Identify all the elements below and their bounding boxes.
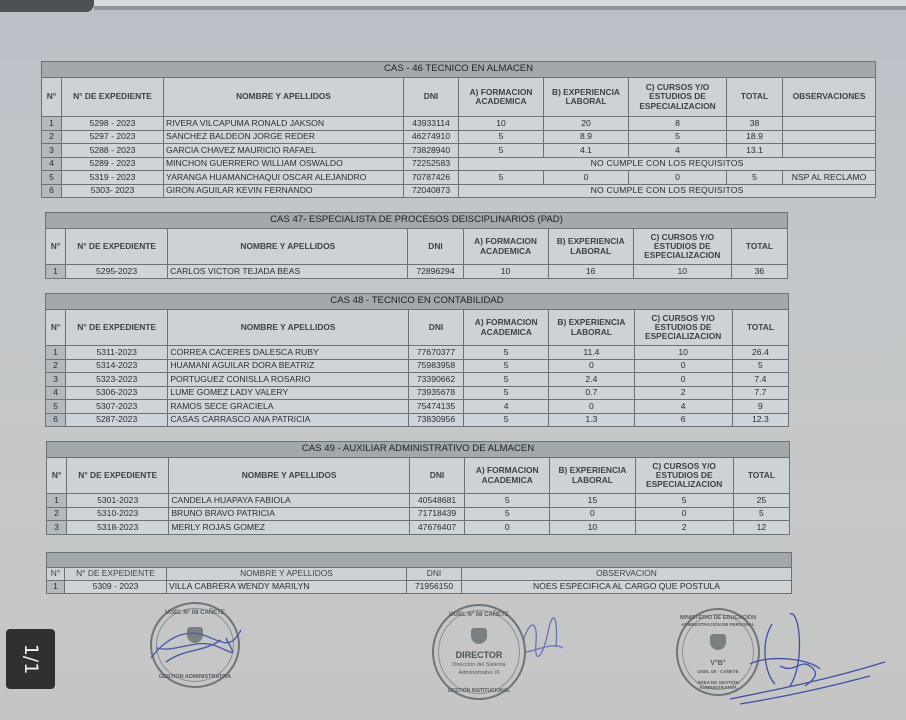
- cell-n: 4: [46, 386, 66, 400]
- cell-total: 9: [732, 400, 788, 414]
- col-header-experiencia: B) EXPERIENCIA LABORAL: [548, 229, 633, 265]
- cell-dni: 70787426: [404, 171, 459, 185]
- col-header-observacion: OBSERVACION: [462, 568, 792, 581]
- stamp-top-text: UGEL N° 08 CAÑETE: [152, 610, 238, 616]
- cell-dni: 43933114: [404, 117, 459, 131]
- cell-nombre: RAMOS SECE GRACIELA: [168, 400, 409, 414]
- cell-nombre: SANCHEZ BALDEON JORGE REDER: [164, 130, 404, 144]
- table-row: 45289 - 2023MINCHON GUERRERO WILLIAM OSW…: [42, 157, 876, 171]
- cell-cursos: 5: [635, 494, 733, 508]
- cell-dni: 73828940: [404, 144, 459, 158]
- cell-cursos: 2: [635, 521, 733, 535]
- col-header-dni: DNI: [409, 458, 464, 494]
- cell-experiencia: 20: [544, 117, 629, 131]
- viewer-progress-line: [94, 6, 906, 10]
- cell-dni: 71956150: [407, 581, 462, 594]
- cell-dni: 75474135: [408, 400, 463, 414]
- cell-cursos: 0: [634, 373, 732, 387]
- col-header-total: TOTAL: [733, 458, 789, 494]
- table-row: 35288 - 2023GARCIA CHAVEZ MAURICIO RAFAE…: [42, 144, 876, 158]
- table-row: 65303- 2023GIRON AGUILAR KEVIN FERNANDO7…: [42, 184, 876, 198]
- table-row: 65287-2023CASAS CARRASCO ANA PATRICIA738…: [46, 413, 789, 427]
- cell-nombre: HUAMANI AGUILAR DORA BEATRIZ: [168, 359, 409, 373]
- cell-nombre: BRUNO BRAVO PATRICIA: [169, 507, 410, 521]
- cell-experiencia: 4.1: [544, 144, 629, 158]
- cell-formacion: 5: [459, 130, 544, 144]
- cell-experiencia: 1.3: [549, 413, 634, 427]
- table-row: 45306-2023LUME GOMEZ LADY VALERY73935678…: [46, 386, 789, 400]
- stamp-top-text: UGEL N° 08 CAÑETE: [434, 612, 524, 618]
- cell-n: 5: [46, 400, 66, 414]
- col-header-expediente: N° DE EXPEDIENTE: [66, 229, 168, 265]
- col-header-formacion: A) FORMACION ACADEMICA: [463, 229, 548, 265]
- cell-cursos: 2: [634, 386, 732, 400]
- cell-expediente: 5306-2023: [66, 386, 168, 400]
- col-header-n: N°: [46, 229, 66, 265]
- viewer-top-bar: [0, 0, 906, 9]
- cell-experiencia: 0.7: [549, 386, 634, 400]
- table-title: [47, 553, 792, 568]
- col-header-nombre: NOMBRE Y APELLIDOS: [169, 458, 410, 494]
- cell-formacion: 5: [464, 346, 549, 360]
- cell-formacion: 10: [463, 265, 548, 279]
- page-indicator-text: 1/1: [20, 644, 42, 675]
- cell-formacion: 5: [465, 494, 550, 508]
- cell-formacion: 5: [464, 386, 549, 400]
- cell-expediente: 5297 - 2023: [62, 130, 164, 144]
- col-header-cursos: C) CURSOS Y/O ESTUDIOS DE ESPECIALIZACIO…: [635, 458, 733, 494]
- col-header-cursos: C) CURSOS Y/O ESTUDIOS DE ESPECIALIZACIO…: [633, 229, 731, 265]
- cell-dni: 72252583: [404, 157, 459, 171]
- cell-n: 1: [47, 494, 67, 508]
- cell-observaciones: [783, 130, 876, 144]
- col-header-dni: DNI: [408, 310, 463, 346]
- cell-formacion: 5: [465, 507, 550, 521]
- table-row: 25310-2023BRUNO BRAVO PATRICIA7171843950…: [47, 507, 790, 521]
- cell-cursos: 5: [629, 130, 727, 144]
- cell-expediente: 5310-2023: [67, 507, 169, 521]
- page-indicator[interactable]: 1/1: [6, 629, 55, 689]
- cell-observaciones: [783, 144, 876, 158]
- table-row: 15295-2023CARLOS VICTOR TEJADA BEAS72896…: [46, 265, 788, 279]
- col-header-total: TOTAL: [727, 78, 783, 117]
- col-header-expediente: N° DE EXPEDIENTE: [62, 78, 164, 117]
- cell-expediente: 5301-2023: [67, 494, 169, 508]
- cell-experiencia: 0: [550, 507, 635, 521]
- cell-experiencia: 0: [549, 400, 634, 414]
- cell-cursos: 4: [634, 400, 732, 414]
- col-header-formacion: A) FORMACION ACADEMICA: [465, 458, 550, 494]
- cell-expediente: 5314-2023: [66, 359, 168, 373]
- table-cas-49: CAS 49 - AUXILIAR ADMINISTRATIVO DE ALMA…: [46, 441, 790, 535]
- cell-expediente: 5318-2023: [67, 521, 169, 535]
- cell-expediente: 5287-2023: [66, 413, 168, 427]
- table-cas-47: CAS 47- ESPECIALISTA DE PROCESOS DEISCIP…: [45, 212, 788, 279]
- signature-1: [146, 618, 246, 668]
- col-header-experiencia: B) EXPERIENCIA LABORAL: [549, 310, 634, 346]
- col-header-total: TOTAL: [731, 229, 787, 265]
- cell-experiencia: 2.4: [549, 373, 634, 387]
- cell-n: 1: [47, 581, 65, 594]
- stamp-bottom-text: GESTION ADMINISTRATIVA: [152, 674, 238, 680]
- cell-formacion: 4: [464, 400, 549, 414]
- table-title: CAS 48 - TECNICO EN CONTABILIDAD: [46, 294, 789, 310]
- viewer-toolbar-handle[interactable]: [0, 0, 94, 12]
- cell-dni: 73390662: [408, 373, 463, 387]
- table-row: 55307-2023RAMOS SECE GRACIELA75474135404…: [46, 400, 789, 414]
- col-header-n: N°: [46, 310, 66, 346]
- cell-experiencia: 0: [544, 171, 629, 185]
- stamp-line-2: Administrativo III: [434, 670, 524, 676]
- cell-observaciones: [783, 117, 876, 131]
- col-header-expediente: N° DE EXPEDIENTE: [67, 458, 169, 494]
- col-header-nombre: NOMBRE Y APELLIDOS: [164, 78, 404, 117]
- cell-total: 5: [727, 171, 783, 185]
- table-row: 35323-2023PORTUGUEZ CONISLLA ROSARIO7339…: [46, 373, 789, 387]
- cell-formacion: 5: [459, 144, 544, 158]
- col-header-total: TOTAL: [732, 310, 788, 346]
- col-header-nombre: NOMBRE Y APELLIDOS: [167, 568, 407, 581]
- cell-formacion: 5: [464, 359, 549, 373]
- cell-expediente: 5307-2023: [66, 400, 168, 414]
- cell-cursos: 10: [633, 265, 731, 279]
- cell-dni: 72040873: [404, 184, 459, 198]
- table-title: CAS - 46 TECNICO EN ALMACEN: [42, 62, 876, 78]
- cell-nombre: RIVERA VILCAPUMA RONALD JAKSON: [164, 117, 404, 131]
- signature-3: [720, 604, 890, 708]
- cell-formacion: 0: [465, 521, 550, 535]
- stamp-director: UGEL N° 08 CAÑETE DIRECTOR Dirección del…: [432, 604, 526, 700]
- cell-note: NO CUMPLE CON LOS REQUISITOS: [459, 157, 876, 171]
- cell-nombre: CASAS CARRASCO ANA PATRICIA: [168, 413, 409, 427]
- cell-formacion: 5: [459, 171, 544, 185]
- cell-total: 38: [727, 117, 783, 131]
- cell-n: 1: [46, 346, 66, 360]
- cell-formacion: 5: [464, 373, 549, 387]
- cell-dni: 73935678: [408, 386, 463, 400]
- cell-observacion: NOES ESPECIFICA AL CARGO QUE POSTULA: [462, 581, 792, 594]
- cell-nombre: GARCIA CHAVEZ MAURICIO RAFAEL: [164, 144, 404, 158]
- signature-2: [518, 612, 568, 667]
- cell-n: 4: [42, 157, 62, 171]
- col-header-cursos: C) CURSOS Y/O ESTUDIOS DE ESPECIALIZACIO…: [629, 78, 727, 117]
- col-header-dni: DNI: [408, 229, 463, 265]
- cell-dni: 73830956: [408, 413, 463, 427]
- cell-total: 5: [732, 359, 788, 373]
- cell-nombre: VILLA CABRERA WENDY MARILYN: [167, 581, 407, 594]
- cell-n: 3: [42, 144, 62, 158]
- cell-expediente: 5323-2023: [66, 373, 168, 387]
- cell-dni: 47676407: [409, 521, 464, 535]
- table-row: 25297 - 2023SANCHEZ BALDEON JORGE REDER4…: [42, 130, 876, 144]
- cell-n: 6: [46, 413, 66, 427]
- cell-experiencia: 8.9: [544, 130, 629, 144]
- cell-nombre: MINCHON GUERRERO WILLIAM OSWALDO: [164, 157, 404, 171]
- cell-n: 3: [46, 373, 66, 387]
- table-cas-46: CAS - 46 TECNICO EN ALMACEN N° N° DE EXP…: [41, 61, 876, 198]
- cell-nombre: PORTUGUEZ CONISLLA ROSARIO: [168, 373, 409, 387]
- cell-expediente: 5311-2023: [66, 346, 168, 360]
- cell-note: NO CUMPLE CON LOS REQUISITOS: [459, 184, 876, 198]
- cell-nombre: GIRON AGUILAR KEVIN FERNANDO: [164, 184, 404, 198]
- cell-expediente: 5289 - 2023: [62, 157, 164, 171]
- stamp-line-1: Dirección del Sistema: [434, 662, 524, 668]
- cell-formacion: 10: [459, 117, 544, 131]
- cell-nombre: CORREA CACERES DALESCA RUBY: [168, 346, 409, 360]
- cell-cursos: 0: [629, 171, 727, 185]
- cell-experiencia: 0: [549, 359, 634, 373]
- col-header-n: N°: [47, 568, 65, 581]
- col-header-nombre: NOMBRE Y APELLIDOS: [168, 229, 408, 265]
- cell-n: 5: [42, 171, 62, 185]
- col-header-dni: DNI: [407, 568, 462, 581]
- col-header-cursos: C) CURSOS Y/O ESTUDIOS DE ESPECIALIZACIO…: [634, 310, 732, 346]
- table-row: 15309 - 2023VILLA CABRERA WENDY MARILYN7…: [47, 581, 792, 594]
- cell-formacion: 5: [464, 413, 549, 427]
- cell-dni: 71718439: [409, 507, 464, 521]
- cell-observaciones: NSP AL RECLAMO: [783, 171, 876, 185]
- cell-total: 7.4: [732, 373, 788, 387]
- col-header-expediente: N° DE EXPEDIENTE: [65, 568, 167, 581]
- col-header-dni: DNI: [404, 78, 459, 117]
- cell-n: 2: [42, 130, 62, 144]
- cell-total: 12: [733, 521, 789, 535]
- cell-n: 1: [46, 265, 66, 279]
- cell-n: 3: [47, 521, 67, 535]
- cell-cursos: 0: [634, 359, 732, 373]
- col-header-n: N°: [47, 458, 67, 494]
- cell-n: 2: [46, 359, 66, 373]
- cell-cursos: 0: [635, 507, 733, 521]
- table-title: CAS 49 - AUXILIAR ADMINISTRATIVO DE ALMA…: [47, 442, 790, 458]
- cell-expediente: 5319 - 2023: [62, 171, 164, 185]
- col-header-expediente: N° DE EXPEDIENTE: [66, 310, 168, 346]
- col-header-n: N°: [42, 78, 62, 117]
- cell-cursos: 8: [629, 117, 727, 131]
- table-cas-48: CAS 48 - TECNICO EN CONTABILIDAD N° N° D…: [45, 293, 789, 427]
- cell-total: 18.9: [727, 130, 783, 144]
- cell-nombre: LUME GOMEZ LADY VALERY: [168, 386, 409, 400]
- col-header-formacion: A) FORMACION ACADEMICA: [464, 310, 549, 346]
- cell-cursos: 4: [629, 144, 727, 158]
- cell-total: 7.7: [732, 386, 788, 400]
- cell-total: 5: [733, 507, 789, 521]
- stamp-bottom-text: GESTIÓN INSTITUCIONAL: [434, 688, 524, 694]
- cell-total: 12.3: [732, 413, 788, 427]
- cell-expediente: 5309 - 2023: [65, 581, 167, 594]
- col-header-nombre: NOMBRE Y APELLIDOS: [168, 310, 409, 346]
- cell-dni: 77670377: [408, 346, 463, 360]
- cell-nombre: CANDELA HUAPAYA FABIOLA: [169, 494, 410, 508]
- cell-expediente: 5303- 2023: [62, 184, 164, 198]
- cell-nombre: YARANGA HUAMANCHAQUI OSCAR ALEJANDRO: [164, 171, 404, 185]
- cell-n: 1: [42, 117, 62, 131]
- cell-expediente: 5298 - 2023: [62, 117, 164, 131]
- table-title: CAS 47- ESPECIALISTA DE PROCESOS DEISCIP…: [46, 213, 788, 229]
- cell-n: 2: [47, 507, 67, 521]
- cell-experiencia: 15: [550, 494, 635, 508]
- cell-total: 26.4: [732, 346, 788, 360]
- cell-dni: 40548681: [409, 494, 464, 508]
- cell-dni: 46274910: [404, 130, 459, 144]
- cell-nombre: MERLY ROJAS GOMEZ: [169, 521, 410, 535]
- cell-experiencia: 10: [550, 521, 635, 535]
- cell-total: 25: [733, 494, 789, 508]
- cell-total: 36: [731, 265, 787, 279]
- cell-n: 6: [42, 184, 62, 198]
- table-row: 55319 - 2023YARANGA HUAMANCHAQUI OSCAR A…: [42, 171, 876, 185]
- cell-nombre: CARLOS VICTOR TEJADA BEAS: [168, 265, 408, 279]
- table-row: 25314-2023HUAMANI AGUILAR DORA BEATRIZ75…: [46, 359, 789, 373]
- cell-total: 13.1: [727, 144, 783, 158]
- cell-dni: 75983958: [408, 359, 463, 373]
- table-row: 35318-2023MERLY ROJAS GOMEZ4767640701021…: [47, 521, 790, 535]
- cell-dni: 72896294: [408, 265, 463, 279]
- col-header-observaciones: OBSERVACIONES: [783, 78, 876, 117]
- table-row: 15298 - 2023RIVERA VILCAPUMA RONALD JAKS…: [42, 117, 876, 131]
- table-row: 15311-2023CORREA CACERES DALESCA RUBY776…: [46, 346, 789, 360]
- cell-expediente: 5288 - 2023: [62, 144, 164, 158]
- col-header-experiencia: B) EXPERIENCIA LABORAL: [550, 458, 635, 494]
- table-observaciones: N° N° DE EXPEDIENTE NOMBRE Y APELLIDOS D…: [46, 552, 792, 594]
- cell-experiencia: 16: [548, 265, 633, 279]
- crest-icon: [471, 628, 487, 644]
- table-row: 15301-2023CANDELA HUAPAYA FABIOLA4054868…: [47, 494, 790, 508]
- col-header-experiencia: B) EXPERIENCIA LABORAL: [544, 78, 629, 117]
- cell-cursos: 6: [634, 413, 732, 427]
- cell-experiencia: 11.4: [549, 346, 634, 360]
- stamp-center-text: DIRECTOR: [434, 650, 524, 660]
- col-header-formacion: A) FORMACION ACADEMICA: [459, 78, 544, 117]
- cell-cursos: 10: [634, 346, 732, 360]
- cell-expediente: 5295-2023: [66, 265, 168, 279]
